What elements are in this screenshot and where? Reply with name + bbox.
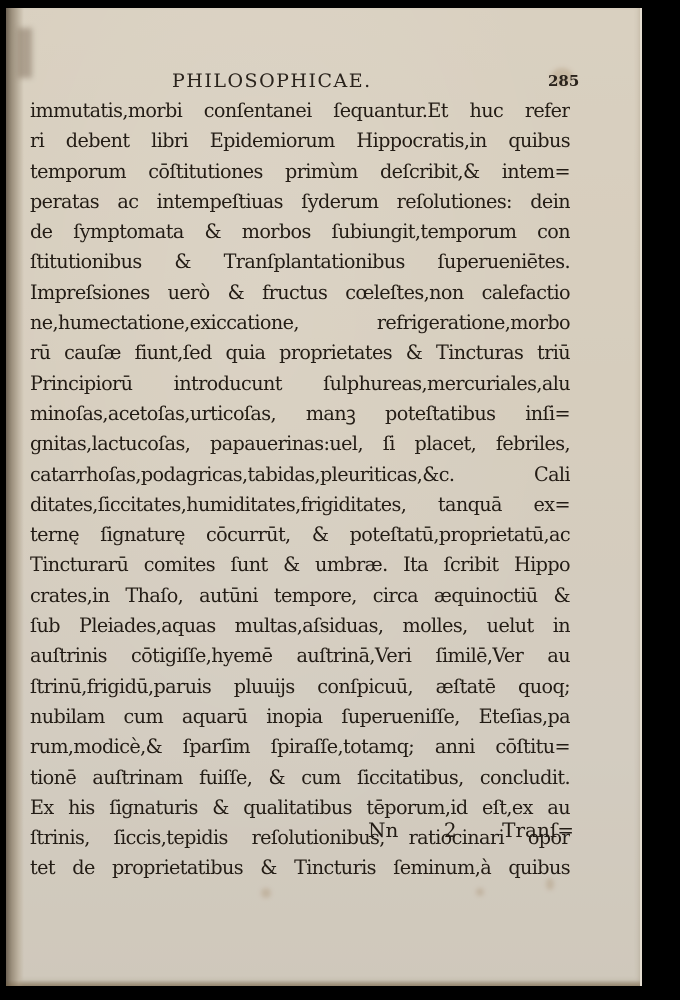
- text-line: peratas ac intempeſtiuas ſyderum reſolut…: [30, 187, 570, 217]
- text-line: de ſymptomata & morbos ſubiungit,temporu…: [30, 217, 570, 247]
- text-line: immutatis,morbi conſentanei ſequantur.Et…: [30, 96, 570, 126]
- text-line: ne,humectatione,exiccatione, refrigerati…: [30, 308, 570, 338]
- running-head: PHILOSOPHICAE.: [172, 70, 372, 92]
- page-gutter: [6, 8, 24, 986]
- text-line: nubilam cum aquarū inopia ſuperueniſſe, …: [30, 702, 570, 732]
- text-line: Principiorū introducunt ſulphureas,mercu…: [30, 369, 570, 399]
- text-line: ternę ſignaturę cōcurrūt, & poteſtatū,pr…: [30, 520, 570, 550]
- text-line: minoſas,acetoſas,urticoſas, manꝫ poteſta…: [30, 399, 570, 429]
- page-bottom-edge: [6, 980, 640, 986]
- text-line: crates,in Thaſo, autūni tempore, circa æ…: [30, 581, 570, 611]
- text-line: Impreſsiones uerò & fructus cœleſtes,non…: [30, 278, 570, 308]
- foxing-stain: [261, 888, 271, 898]
- signature-mark: Nn: [368, 818, 398, 842]
- text-line: tet de proprietatibus & Tincturis ſeminu…: [30, 853, 570, 883]
- text-line: ſub Pleiades,aquas multas,aſsiduas, moll…: [30, 611, 570, 641]
- text-line: gnitas,lactucoſas, papauerinas:uel, ſi p…: [30, 429, 570, 459]
- text-line: ri debent libri Epidemiorum Hippocratis,…: [30, 126, 570, 156]
- text-line: rū cauſæ fiunt,ſed quia proprietates & T…: [30, 338, 570, 368]
- foxing-stain: [476, 888, 484, 896]
- body-text: immutatis,morbi conſentanei ſequantur.Et…: [30, 96, 570, 884]
- text-line: catarrhoſas,podagricas,tabidas,pleuritic…: [30, 460, 570, 490]
- page-number: 285: [548, 72, 579, 90]
- catchword: Tranſ=: [502, 818, 574, 842]
- text-line: temporum cōſtitutiones primùm deſcribit,…: [30, 157, 570, 187]
- gutter-stain: [18, 28, 32, 78]
- text-line: ſtrinū,frigidū,paruis pluuijs conſpicuū,…: [30, 672, 570, 702]
- text-line: tionē auſtrinam fuiſſe, & cum ſiccitatib…: [30, 763, 570, 793]
- text-line: ſtitutionibus & Tranſplantationibus ſupe…: [30, 247, 570, 277]
- text-line: Tincturarū comites ſunt & umbræ. Ita ſcr…: [30, 550, 570, 580]
- text-line: auſtrinis cōtigiſſe,hyemē auſtrinā,Veri …: [30, 641, 570, 671]
- text-line: ditates,ſiccitates,humiditates,frigidita…: [30, 490, 570, 520]
- scan-frame: PHILOSOPHICAE. 285 immutatis,morbi conſe…: [0, 0, 680, 1000]
- signature-line: Nn 2 Tranſ=: [368, 818, 574, 842]
- signature-number: 2: [444, 818, 457, 842]
- text-line: rum,modicè,& ſparſim ſpiraſſe,totamq; an…: [30, 732, 570, 762]
